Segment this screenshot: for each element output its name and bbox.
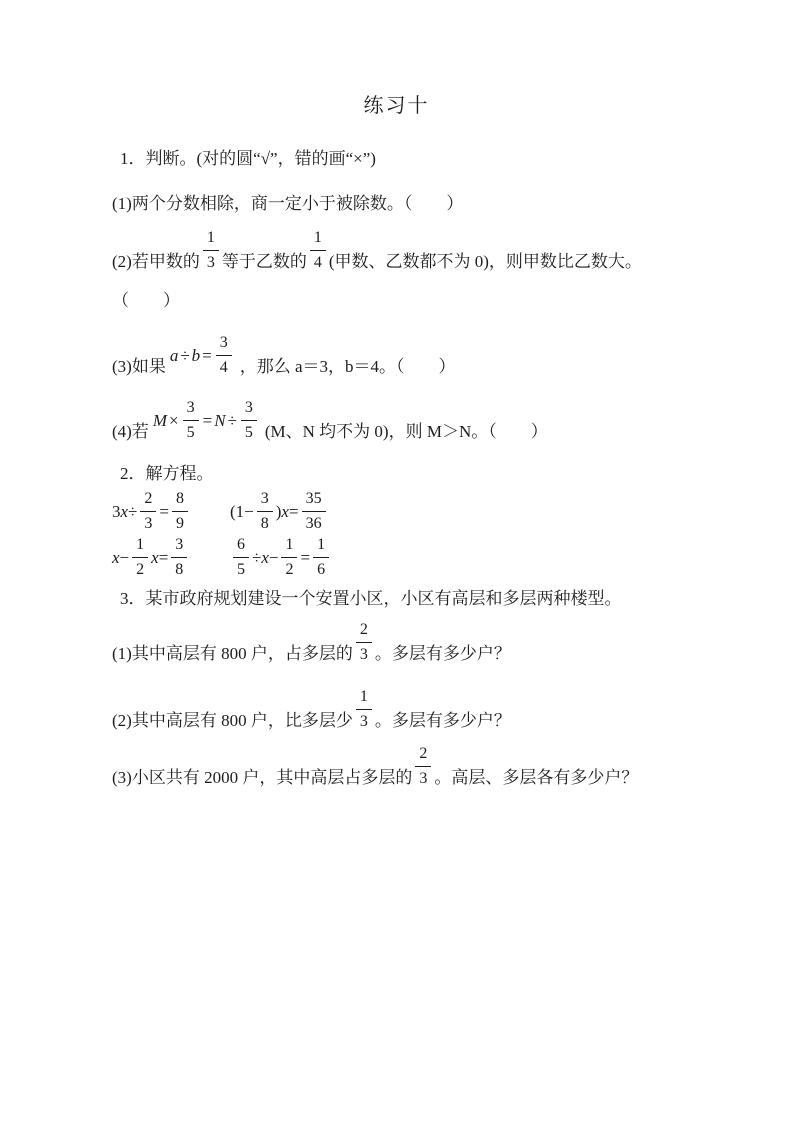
fraction: 38 <box>257 489 273 534</box>
math-variable: x <box>121 502 129 522</box>
text-run: (3)如果 <box>112 356 166 378</box>
text-run: 。高层、多层各有多少户？ <box>434 767 638 789</box>
fraction: 89 <box>172 489 188 534</box>
fraction: 23 <box>356 620 372 665</box>
question-3-item-3: (3)小区共有 2000 户，其中高层占多层的23。高层、多层各有多少户？ <box>112 744 713 789</box>
fraction: 3536 <box>302 489 326 534</box>
fraction-denominator: 3 <box>360 710 368 732</box>
fraction-denominator: 8 <box>175 558 183 580</box>
fraction-numerator: 1 <box>313 535 329 558</box>
text-run: (1− <box>230 502 254 522</box>
question-1-item-3: (3)如果a÷b=34，那么 a＝3，b＝4。（ ） <box>112 333 713 378</box>
math-variable: a <box>170 345 179 367</box>
text-run: 。多层有多少户？ <box>375 643 511 665</box>
fraction: 35 <box>241 398 257 443</box>
fraction-denominator: 9 <box>176 512 184 534</box>
text-run: 3．某市政府规划建设一个安置小区，小区有高层和多层两种楼型。 <box>120 588 622 610</box>
text-run: (3)小区共有 2000 户，其中高层占多层的 <box>112 767 412 789</box>
fraction-denominator: 3 <box>207 251 215 273</box>
text-run: ，那么 a＝3，b＝4。（ ） <box>240 356 456 378</box>
text-run: − <box>120 548 130 568</box>
text-run: × <box>169 410 179 432</box>
text-run: 3 <box>112 502 121 522</box>
equation-3: x−12x=38 <box>112 535 230 580</box>
text-run: = <box>203 410 213 432</box>
fraction: 23 <box>140 489 156 534</box>
equation-4: 65÷x−12=16 <box>230 535 332 580</box>
text-run: (2)若甲数的 <box>112 251 200 273</box>
text-run: (M、N 均不为 0)，则 M＞N。（ ） <box>265 421 548 443</box>
worksheet-page: 练习十 1．判断。(对的圆“√”，错的画“×”) (1)两个分数相除，商一定小于… <box>0 0 793 1122</box>
fraction-denominator: 2 <box>136 558 144 580</box>
page-title: 练习十 <box>0 93 793 119</box>
fraction: 13 <box>203 228 219 273</box>
text-run: (甲数、乙数都不为 0)，则甲数比乙数大。 <box>329 251 642 273</box>
math-variable: N <box>214 410 225 432</box>
worksheet-body: 1．判断。(对的圆“√”，错的画“×”) (1)两个分数相除，商一定小于被除数。… <box>0 148 793 789</box>
equation-1: 3x÷23=89 <box>112 489 230 534</box>
fraction-numerator: 3 <box>216 333 232 356</box>
fraction-numerator: 8 <box>172 489 188 512</box>
text-run: ÷ <box>128 502 137 522</box>
fraction-numerator: 1 <box>356 687 372 710</box>
question-1-item-4: (4)若M×35=N÷35(M、N 均不为 0)，则 M＞N。（ ） <box>112 398 713 443</box>
equation-row-2: x−12x=38 65÷x−12=16 <box>112 535 713 580</box>
fraction-denominator: 4 <box>220 356 228 378</box>
text-run: = <box>300 548 310 568</box>
text-run: = <box>159 502 169 522</box>
fraction-numerator: 1 <box>281 535 297 558</box>
math-variable: x <box>261 548 269 568</box>
question-2-heading: 2．解方程。 <box>112 463 713 485</box>
math-variable: x <box>112 548 120 568</box>
fraction-denominator: 3 <box>419 767 427 789</box>
fraction-numerator: 2 <box>415 744 431 767</box>
math-variable: x <box>151 548 159 568</box>
text-run: = <box>159 548 169 568</box>
fraction-numerator: 3 <box>241 398 257 421</box>
text-run: = <box>202 345 212 367</box>
text-run: (2)其中高层有 800 户，比多层少 <box>112 710 353 732</box>
fraction-numerator: 3 <box>257 489 273 512</box>
math-variable: b <box>192 345 201 367</box>
text-run: ÷ <box>228 410 237 432</box>
question-1-item-2-answer-blank: （ ） <box>112 290 713 312</box>
fraction-numerator: 1 <box>310 228 326 251</box>
text-run: 2．解方程。 <box>120 463 214 485</box>
fraction-denominator: 36 <box>306 512 322 534</box>
fraction-denominator: 3 <box>360 643 368 665</box>
fraction-numerator: 6 <box>233 535 249 558</box>
fraction-denominator: 8 <box>261 512 269 534</box>
text-run: (4)若 <box>112 421 149 443</box>
fraction-denominator: 6 <box>317 558 325 580</box>
fraction-numerator: 1 <box>203 228 219 251</box>
math-variable: M <box>153 410 167 432</box>
fraction-numerator: 1 <box>132 535 148 558</box>
fraction: 65 <box>233 535 249 580</box>
text-run: (1)两个分数相除，商一定小于被除数。（ ） <box>112 193 463 215</box>
fraction: 13 <box>356 687 372 732</box>
fraction-denominator: 5 <box>187 421 195 443</box>
fraction-denominator: 5 <box>237 558 245 580</box>
fraction: 12 <box>132 535 148 580</box>
fraction-numerator: 3 <box>171 535 187 558</box>
fraction: 34 <box>216 333 232 378</box>
text-run: = <box>289 502 299 522</box>
question-3-heading: 3．某市政府规划建设一个安置小区，小区有高层和多层两种楼型。 <box>112 588 713 610</box>
text-run: 等于乙数的 <box>222 251 307 273</box>
fraction: 16 <box>313 535 329 580</box>
question-3-item-1: (1)其中高层有 800 户，占多层的23。多层有多少户？ <box>112 620 713 665</box>
fraction-denominator: 2 <box>285 558 293 580</box>
fraction-denominator: 3 <box>144 512 152 534</box>
text-run: (1)其中高层有 800 户，占多层的 <box>112 643 353 665</box>
text-run: ÷ <box>180 345 189 367</box>
fraction-numerator: 2 <box>356 620 372 643</box>
fraction: 38 <box>171 535 187 580</box>
fraction-numerator: 2 <box>140 489 156 512</box>
fraction: 14 <box>310 228 326 273</box>
fraction-denominator: 5 <box>245 421 253 443</box>
fraction: 12 <box>281 535 297 580</box>
fraction-numerator: 35 <box>302 489 326 512</box>
fraction-numerator: 3 <box>183 398 199 421</box>
question-1-item-1: (1)两个分数相除，商一定小于被除数。（ ） <box>112 193 713 215</box>
equation-row-1: 3x÷23=89 (1−38)x=3536 <box>112 489 713 534</box>
fraction: 23 <box>415 744 431 789</box>
question-1-heading: 1．判断。(对的圆“√”，错的画“×”) <box>112 148 713 170</box>
math-variable: x <box>281 502 289 522</box>
text-run: ÷ <box>252 548 261 568</box>
inline-equation: a÷b=34 <box>169 333 235 378</box>
question-3-item-2: (2)其中高层有 800 户，比多层少13。多层有多少户？ <box>112 687 713 732</box>
text-run: 1．判断。(对的圆“√”，错的画“×”) <box>120 148 376 170</box>
inline-equation: M×35=N÷35 <box>152 398 260 443</box>
fraction: 35 <box>183 398 199 443</box>
text-run: − <box>269 548 279 568</box>
text-run: 。多层有多少户？ <box>375 710 511 732</box>
text-run: （ ） <box>112 290 180 312</box>
question-1-item-2: (2)若甲数的13等于乙数的14(甲数、乙数都不为 0)，则甲数比乙数大。 <box>112 228 713 273</box>
equation-2: (1−38)x=3536 <box>230 489 329 534</box>
fraction-denominator: 4 <box>314 251 322 273</box>
